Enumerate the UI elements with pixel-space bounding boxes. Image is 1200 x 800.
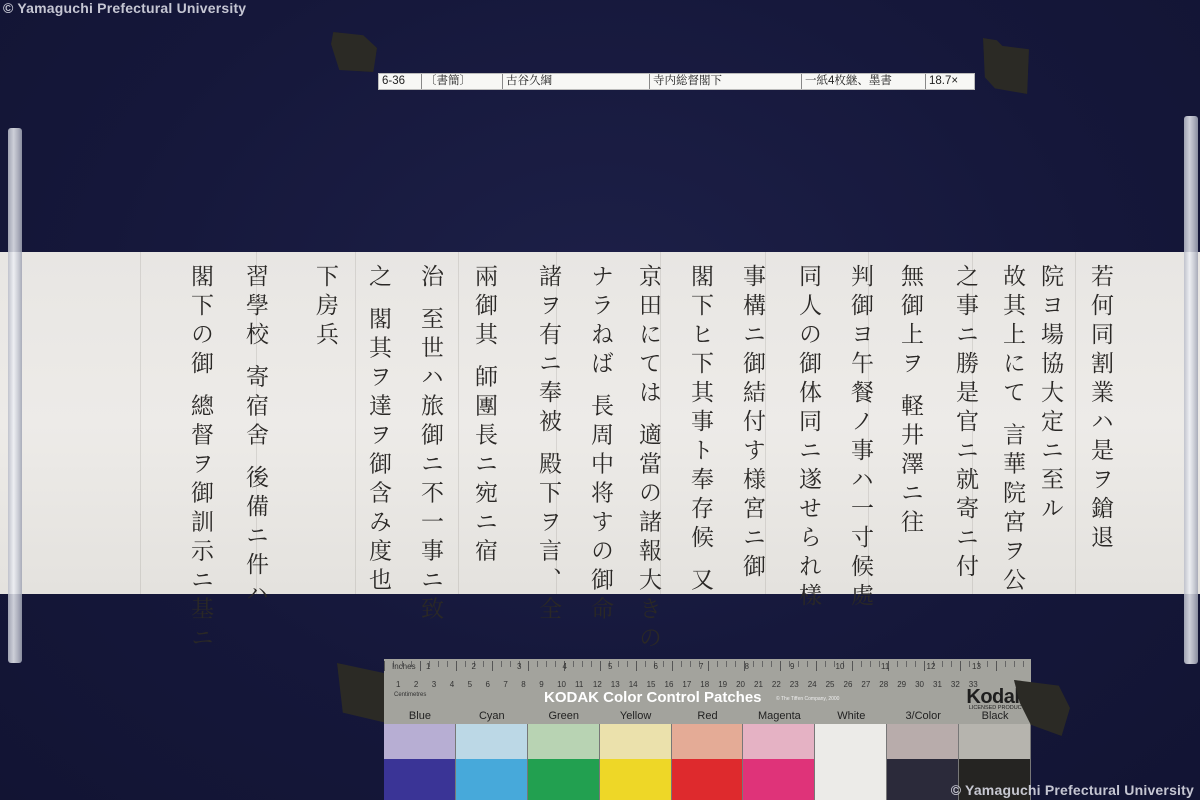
tape-piece <box>331 32 377 72</box>
inch-tick-label: 4 <box>563 662 567 671</box>
calligraphy-column: ナラねば 長周中将すの御命 <box>588 264 611 625</box>
cm-tick-label: 30 <box>915 680 924 689</box>
watermark-bottom: © Yamaguchi Prefectural University <box>951 782 1194 798</box>
calligraphy-column: 同人の御体同ニ遂せられ樣 <box>796 264 819 612</box>
cm-tick-label: 16 <box>665 680 674 689</box>
cm-tick-label: 27 <box>861 680 870 689</box>
centimetres-label: Centimetres <box>394 692 426 698</box>
calligraphy-column: 若何同割業ハ是ヲ鎗退 <box>1088 264 1111 554</box>
cm-tick-label: 17 <box>682 680 691 689</box>
inch-tick-label: 11 <box>881 662 889 671</box>
color-patch-blue <box>384 724 456 800</box>
cm-tick-label: 25 <box>826 680 835 689</box>
inch-tick-label: 13 <box>972 662 981 671</box>
inches-label: Inches <box>392 662 416 671</box>
patch-label: Magenta <box>743 710 815 722</box>
patch-label: Blue <box>384 710 456 722</box>
scroll-rod-left <box>8 128 22 663</box>
inch-tick-label: 2 <box>472 662 476 671</box>
calligraphy-column: 故其上にて 言華院宮ヲ公 <box>1000 264 1023 596</box>
cm-tick-label: 10 <box>557 680 566 689</box>
cm-tick-label: 24 <box>808 680 817 689</box>
patch-label: Black <box>959 710 1031 722</box>
cm-tick-label: 13 <box>611 680 620 689</box>
color-patch-red <box>672 724 744 800</box>
cm-tick-label: 23 <box>790 680 799 689</box>
author: 古谷久綱 <box>503 74 650 89</box>
cm-tick-label: 11 <box>575 680 583 689</box>
catalog-number: 6-36 <box>379 74 422 89</box>
cm-tick-label: 8 <box>521 680 525 689</box>
calligraphy-column: 判御ヨ午餐ノ事ハ一寸候處 <box>848 264 871 612</box>
calligraphy-column: 無御上ヲ 軽井澤ニ往 <box>898 264 921 538</box>
calligraphy-column: 之 閣其ヲ達ヲ御含み度也 <box>366 264 389 596</box>
cm-tick-label: 9 <box>539 680 543 689</box>
kodak-title: KODAK Color Control Patches <box>544 689 762 706</box>
color-patch-green <box>528 724 600 800</box>
watermark-top: © Yamaguchi Prefectural University <box>3 0 246 16</box>
cm-tick-label: 26 <box>844 680 853 689</box>
calligraphy-column: 治 至世ハ旅御ニ不一事ニ致 <box>418 264 441 625</box>
catalog-label-strip: 6-36 〔書簡〕 古谷久綱 寺内総督閣下 一紙4枚継、墨書 18.7× <box>378 73 975 90</box>
cm-tick-label: 12 <box>593 680 602 689</box>
cm-tick-label: 28 <box>879 680 888 689</box>
calligraphy-column: 諸ヲ有ニ奉被 殿下ヲ言、全 <box>536 264 559 625</box>
cm-tick-label: 32 <box>951 680 960 689</box>
calligraphy-column: 院ヨ場協大定ニ至ル <box>1038 264 1061 525</box>
patch-label: Yellow <box>600 710 672 722</box>
cm-tick-label: 15 <box>647 680 656 689</box>
color-patch-3-color <box>887 724 959 800</box>
cm-tick-label: 31 <box>933 680 942 689</box>
tape-piece <box>983 38 1029 94</box>
cm-tick-label: 6 <box>486 680 490 689</box>
cm-tick-label: 21 <box>754 680 763 689</box>
format-description: 一紙4枚継、墨書 <box>802 74 926 89</box>
patch-label: 3/Color <box>887 710 959 722</box>
paper-fold <box>765 252 766 594</box>
calligraphy-column: 閣下ヒ下其事ト奉存候 又 <box>688 264 711 596</box>
handscroll-letter: 若何同割業ハ是ヲ鎗退院ヨ場協大定ニ至ル故其上にて 言華院宮ヲ公之事ニ勝是官ニ就寄… <box>0 252 1200 594</box>
recipient: 寺内総督閣下 <box>650 74 802 89</box>
inch-tick-label: 6 <box>654 662 658 671</box>
color-patch-magenta <box>743 724 815 800</box>
document-type: 〔書簡〕 <box>422 74 503 89</box>
patch-label: Red <box>672 710 744 722</box>
calligraphy-column: 事構ニ御結付す様宮ニ御 <box>740 264 763 583</box>
kodak-copyright: © The Tiffen Company, 2000 <box>776 696 839 702</box>
cm-tick-label: 20 <box>736 680 745 689</box>
paper-fold <box>1075 252 1076 594</box>
inch-tick-label: 7 <box>699 662 703 671</box>
cm-tick-label: 22 <box>772 680 781 689</box>
cm-tick-label: 1 <box>396 680 400 689</box>
inch-tick-label: 3 <box>517 662 521 671</box>
inch-tick-label: 8 <box>745 662 749 671</box>
cm-tick-label: 5 <box>468 680 472 689</box>
inch-tick-label: 1 <box>426 662 430 671</box>
patch-label: Green <box>528 710 600 722</box>
ruler: Inches1234567891011121312345678910111213… <box>384 659 1031 693</box>
patch-label: Cyan <box>456 710 528 722</box>
cm-tick-label: 18 <box>700 680 709 689</box>
cm-tick-label: 2 <box>414 680 418 689</box>
color-patch-yellow <box>600 724 672 800</box>
patch-labels: BlueCyanGreenYellowRedMagentaWhite3/Colo… <box>384 710 1031 722</box>
dimensions: 18.7× <box>926 74 974 89</box>
color-patch-cyan <box>456 724 528 800</box>
inch-tick-label: 12 <box>927 662 936 671</box>
cm-tick-label: 4 <box>450 680 454 689</box>
color-patch-white <box>815 724 887 800</box>
cm-tick-label: 3 <box>432 680 436 689</box>
calligraphy-column: 兩御其 師團長ニ宛ニ宿 <box>472 264 495 567</box>
cm-tick-label: 19 <box>718 680 727 689</box>
cm-tick-label: 14 <box>629 680 638 689</box>
calligraphy-column: 閣下の御 總督ヲ御訓示ニ基ニ <box>188 264 211 654</box>
cm-tick-label: 7 <box>503 680 507 689</box>
calligraphy-column: 京田にては 適當の諸報大きの <box>636 264 659 654</box>
cm-tick-label: 29 <box>897 680 906 689</box>
patch-label: White <box>815 710 887 722</box>
inch-tick-label: 10 <box>836 662 845 671</box>
inch-tick-label: 9 <box>790 662 794 671</box>
scroll-rod-right <box>1184 116 1198 664</box>
calligraphy-column: 習學校 寄宿舍 後備ニ件ハ <box>243 264 266 610</box>
paper-fold <box>355 252 356 594</box>
paper-fold <box>140 252 141 594</box>
paper-fold <box>458 252 459 594</box>
kodak-color-target: Inches1234567891011121312345678910111213… <box>384 659 1031 800</box>
inch-tick-label: 5 <box>608 662 612 671</box>
calligraphy-column: 之事ニ勝是官ニ就寄ニ付 <box>953 264 976 583</box>
color-patches <box>384 724 1031 800</box>
calligraphy-column: 下房兵 <box>313 264 336 351</box>
